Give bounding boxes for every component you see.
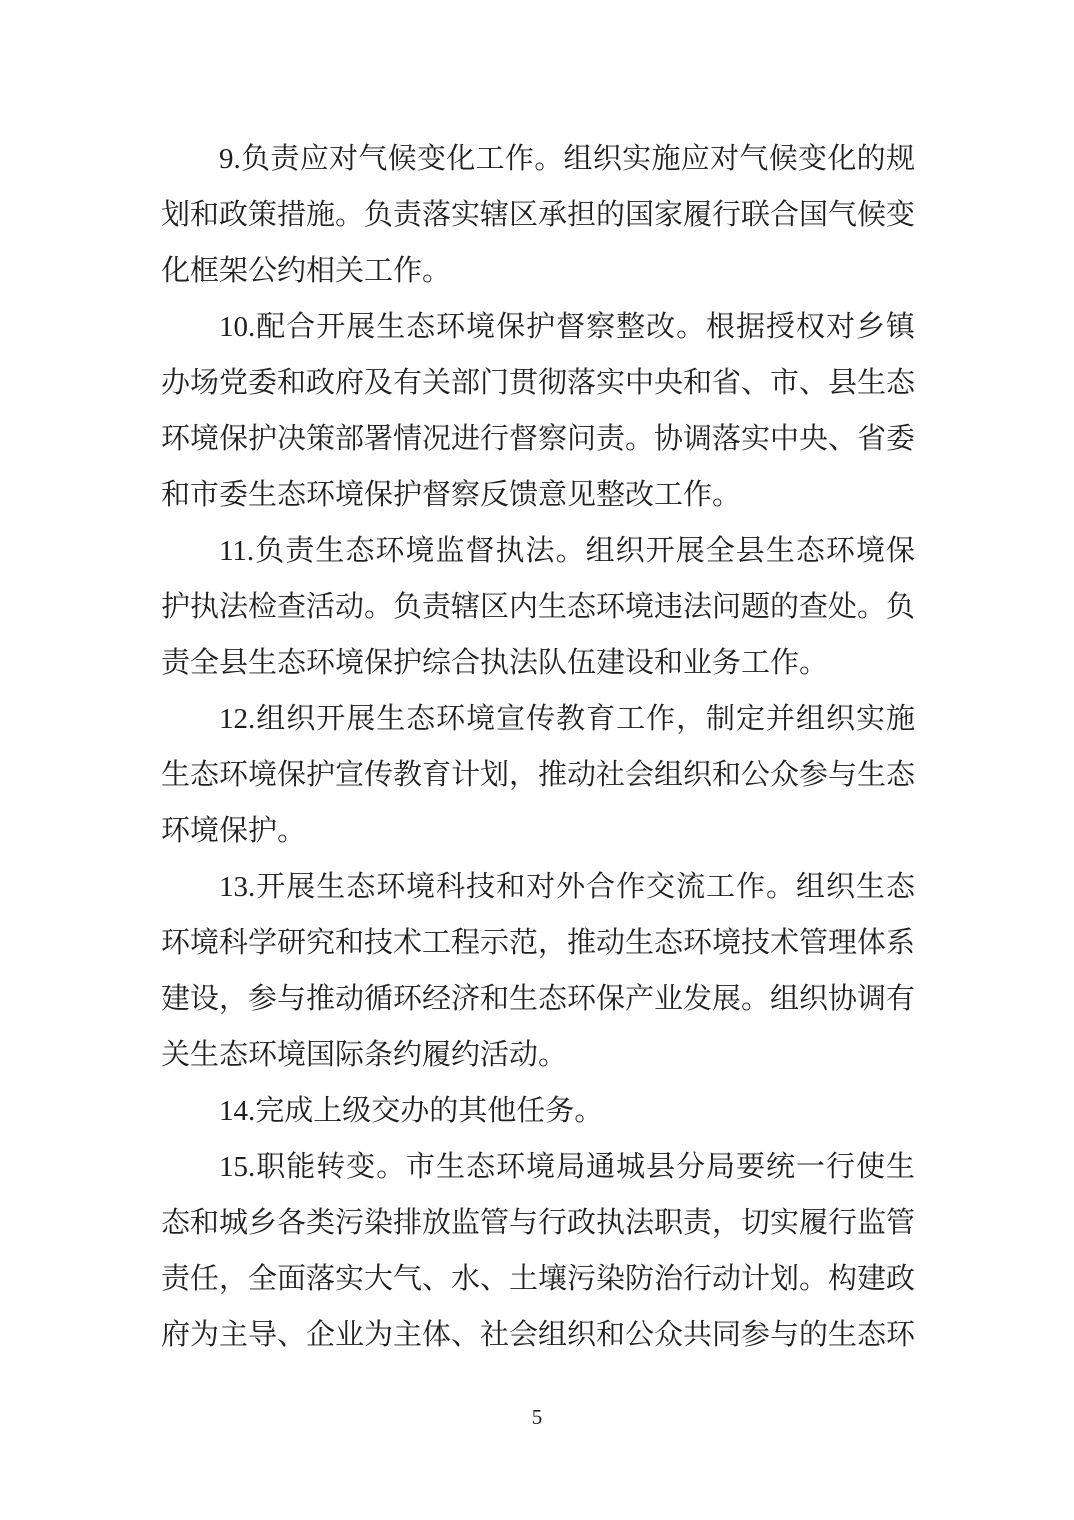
paragraph-10: 10.配合开展生态环境保护督察整改。根据授权对乡镇办场党委和政府及有关部门贯彻落… [161, 299, 915, 523]
page-number: 5 [0, 1403, 1074, 1431]
paragraph-14: 14.完成上级交办的其他任务。 [161, 1083, 915, 1139]
document-body: 9.负责应对气候变化工作。组织实施应对气候变化的规划和政策措施。负责落实辖区承担… [161, 131, 915, 1363]
document-page: 9.负责应对气候变化工作。组织实施应对气候变化的规划和政策措施。负责落实辖区承担… [0, 0, 1074, 1520]
paragraph-13: 13.开展生态环境科技和对外合作交流工作。组织生态环境科学研究和技术工程示范，推… [161, 859, 915, 1083]
paragraph-15: 15.职能转变。市生态环境局通城县分局要统一行使生态和城乡各类污染排放监管与行政… [161, 1139, 915, 1363]
paragraph-12: 12.组织开展生态环境宣传教育工作，制定并组织实施生态环境保护宣传教育计划，推动… [161, 691, 915, 859]
paragraph-11: 11.负责生态环境监督执法。组织开展全县生态环境保护执法检查活动。负责辖区内生态… [161, 523, 915, 691]
paragraph-9: 9.负责应对气候变化工作。组织实施应对气候变化的规划和政策措施。负责落实辖区承担… [161, 131, 915, 299]
